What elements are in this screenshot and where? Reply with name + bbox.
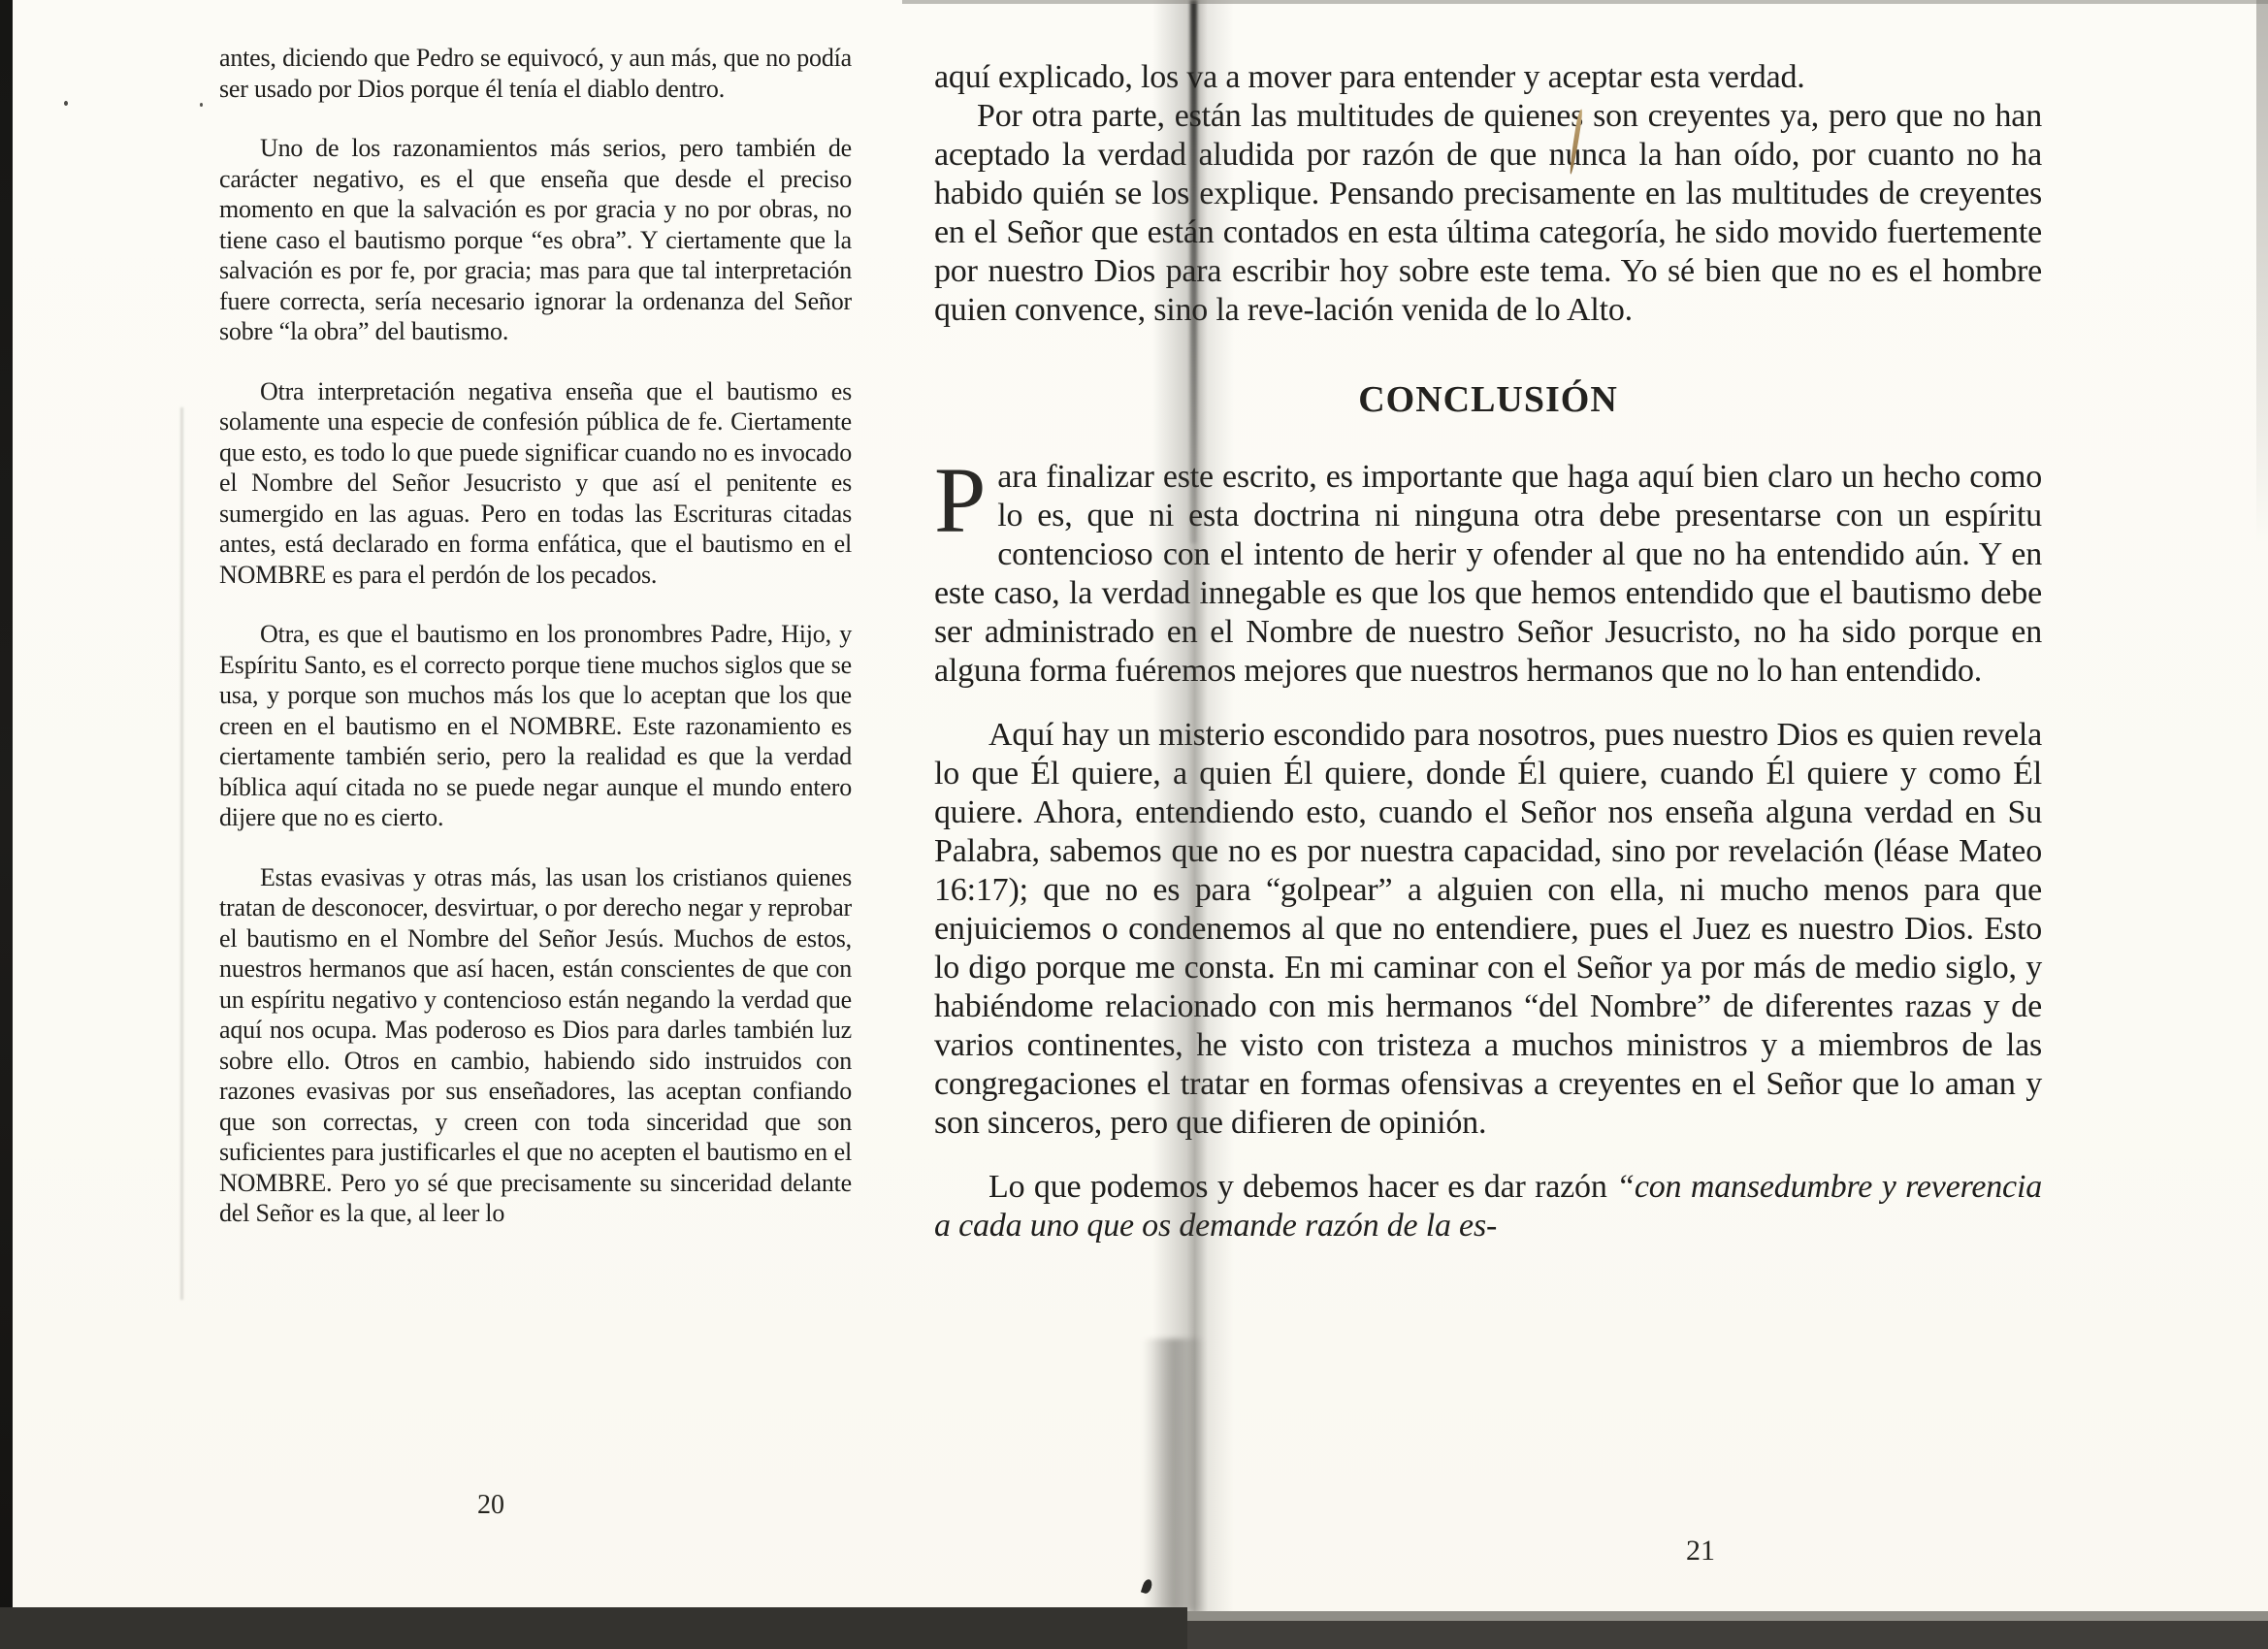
section-heading: CONCLUSIÓN — [934, 380, 2042, 419]
page-crease — [180, 407, 183, 1300]
drop-cap-letter: P — [934, 458, 997, 537]
scan-bottom-edge-right — [1187, 1621, 2268, 1649]
paragraph: Para finalizar este escrito, es importan… — [934, 458, 2042, 691]
paragraph: antes, diciendo que Pedro se equivocó, y… — [219, 43, 852, 104]
scan-left-edge — [0, 0, 13, 1649]
scan-bottom-edge-left — [0, 1607, 1187, 1649]
paragraph: Por otra parte, están las multitudes de … — [934, 97, 2042, 330]
paragraph-text: ara finalizar este escrito, es important… — [934, 459, 2042, 689]
paragraph-text: Lo que podemos y debemos hacer es dar ra… — [988, 1169, 1616, 1205]
scan-top-edge — [902, 0, 2268, 4]
paragraph: Otra interpretación negativa enseña que … — [219, 376, 852, 591]
left-page: antes, diciendo que Pedro se equivocó, y… — [219, 43, 852, 1258]
paragraph: Aquí hay un misterio escondido para noso… — [934, 716, 2042, 1143]
page-number: 21 — [1686, 1535, 1715, 1568]
spine-bottom-shadow — [1143, 1339, 1205, 1610]
paragraph: Lo que podemos y debemos hacer es dar ra… — [934, 1168, 2042, 1245]
book-scan: antes, diciendo que Pedro se equivocó, y… — [0, 0, 2268, 1649]
paragraph: Otra, es que el bautismo en los pronombr… — [219, 619, 852, 833]
paragraph: Uno de los razonamientos más serios, per… — [219, 133, 852, 347]
spine-crease-line — [1190, 0, 1197, 543]
right-page: aquí explicado, los va a mover para ente… — [934, 58, 2042, 1271]
paragraph: aquí explicado, los va a mover para ente… — [934, 58, 2042, 97]
ink-speck — [200, 103, 203, 107]
scan-bottom-edge-gray — [1187, 1611, 2268, 1621]
scan-right-edge — [2256, 0, 2268, 543]
paragraph: Estas evasivas y otras más, las usan los… — [219, 862, 852, 1229]
page-number: 20 — [477, 1490, 504, 1521]
ink-speck — [64, 101, 68, 106]
